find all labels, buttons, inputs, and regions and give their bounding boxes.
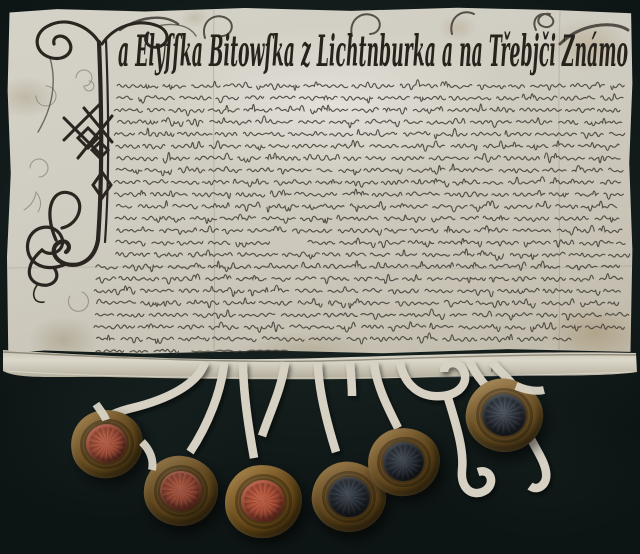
charter-photograph: a Elyſſka Bitowſka z Lichtnburka a na Tř… <box>0 0 640 554</box>
tag-strips-over-seals <box>0 0 640 554</box>
